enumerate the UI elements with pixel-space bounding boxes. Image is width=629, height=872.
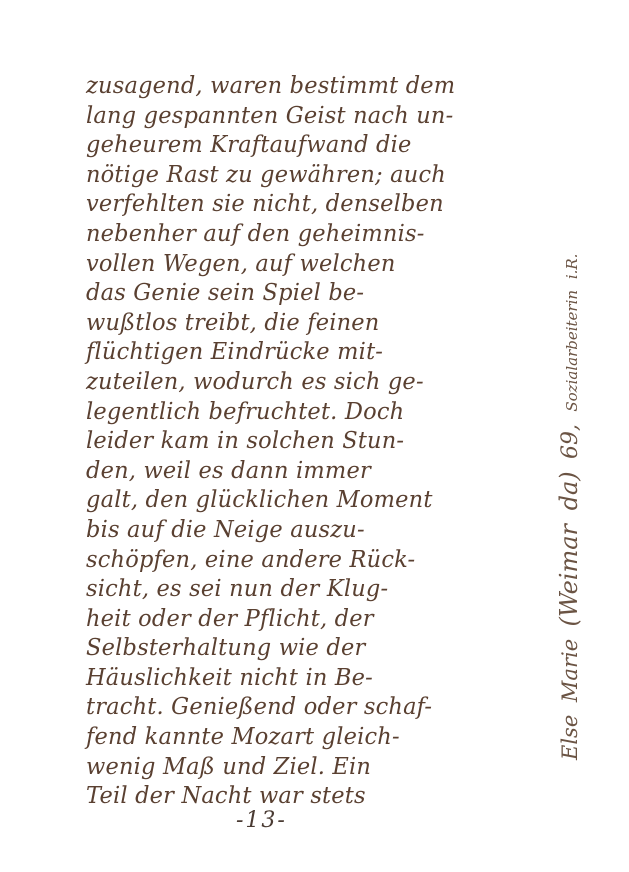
text-line: den, weil es dann immer: [86, 457, 526, 487]
author-alias: (Weimar da): [555, 471, 583, 626]
text-line: zusagend, waren bestimmt dem: [86, 72, 526, 102]
page-number: -13-: [236, 808, 287, 833]
text-line: nebenher auf den geheimnis-: [86, 220, 526, 250]
text-line: Teil der Nacht war stets: [86, 782, 526, 812]
text-line: schöpfen, eine andere Rück-: [86, 546, 526, 576]
text-line: Häuslichkeit nicht in Be-: [86, 664, 526, 694]
text-line: geheurem Kraftaufwand die: [86, 131, 526, 161]
text-line: galt, den glücklichen Moment: [86, 486, 526, 516]
text-line: legentlich befruchtet. Doch: [86, 398, 526, 428]
text-line: wenig Maß und Ziel. Ein: [86, 753, 526, 783]
text-line: verfehlten sie nicht, denselben: [86, 190, 526, 220]
author-occupation: Sozialarbeiterin i.R.: [563, 254, 581, 412]
handwritten-body-text: zusagend, waren bestimmt dem lang gespan…: [86, 72, 536, 812]
author-signature-note: Else Marie (Weimar da) 69, Sozialarbeite…: [555, 40, 583, 760]
text-line: zuteilen, wodurch es sich ge-: [86, 368, 526, 398]
text-line: tracht. Genießend oder schaf-: [86, 693, 526, 723]
text-line: sicht, es sei nun der Klug-: [86, 575, 526, 605]
text-line: das Genie sein Spiel be-: [86, 279, 526, 309]
text-line: heit oder der Pflicht, der: [86, 605, 526, 635]
text-line: nötige Rast zu gewähren; auch: [86, 161, 526, 191]
text-line: flüchtigen Eindrücke mit-: [86, 338, 526, 368]
text-line: leider kam in solchen Stun-: [86, 427, 526, 457]
text-line: Selbsterhaltung wie der: [86, 634, 526, 664]
author-age: 69,: [558, 424, 583, 459]
text-line: fend kannte Mozart gleich-: [86, 723, 526, 753]
text-line: wußtlos treibt, die feinen: [86, 309, 526, 339]
handwritten-page: zusagend, waren bestimmt dem lang gespan…: [0, 0, 629, 872]
text-line: bis auf die Neige auszu-: [86, 516, 526, 546]
text-line: lang gespannten Geist nach un-: [86, 102, 526, 132]
text-line: vollen Wegen, auf welchen: [86, 250, 526, 280]
author-name: Else Marie: [558, 639, 582, 760]
